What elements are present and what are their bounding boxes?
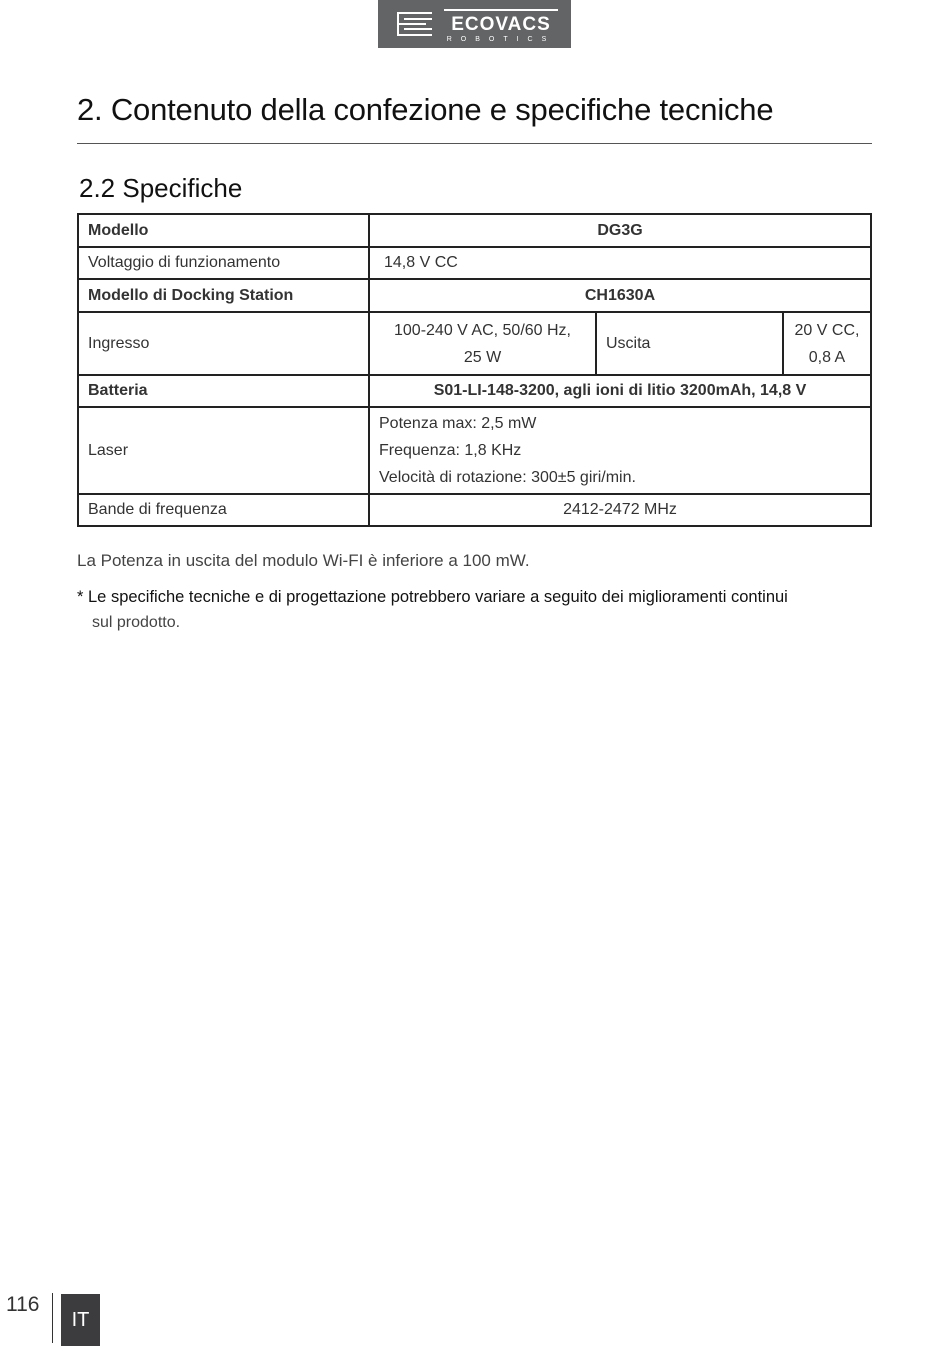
spec-value: 2412-2472 MHz (369, 494, 871, 526)
brand-subtitle: ROBOTICS (446, 36, 555, 43)
table-row: Batteria S01-LI-148-3200, agli ioni di l… (78, 375, 871, 407)
spec-sub-label: Uscita (596, 312, 783, 375)
spec-value-line: 100-240 V AC, 50/60 Hz, (379, 317, 586, 344)
page-number: 116 (6, 1293, 39, 1317)
spec-value-line: Velocità di rotazione: 300±5 giri/min. (379, 464, 861, 491)
specifications-table: Modello DG3G Voltaggio di funzionamento … (77, 213, 872, 527)
spec-value-line: Potenza max: 2,5 mW (379, 410, 861, 437)
spec-label: Modello (78, 214, 369, 247)
table-row: Laser Potenza max: 2,5 mW Frequenza: 1,8… (78, 407, 871, 494)
spec-value-line: 20 V CC, (793, 317, 861, 344)
spec-value: 100-240 V AC, 50/60 Hz, 25 W (369, 312, 596, 375)
spec-value-line: 25 W (379, 344, 586, 371)
disclaimer-note: * Le specifiche tecniche e di progettazi… (77, 588, 788, 607)
title-divider (77, 143, 872, 144)
spec-value: S01-LI-148-3200, agli ioni di litio 3200… (369, 375, 871, 407)
language-badge: IT (61, 1294, 100, 1346)
table-row: Modello di Docking Station CH1630A (78, 279, 871, 312)
spec-label: Modello di Docking Station (78, 279, 369, 312)
footer-divider (52, 1293, 53, 1343)
table-row: Voltaggio di funzionamento 14,8 V CC (78, 247, 871, 279)
spec-sub-value: 20 V CC, 0,8 A (783, 312, 871, 375)
table-row: Bande di frequenza 2412-2472 MHz (78, 494, 871, 526)
table-row: Ingresso 100-240 V AC, 50/60 Hz, 25 W Us… (78, 312, 871, 375)
brand-name: ECOVACS (451, 14, 551, 35)
spec-value-line: 0,8 A (793, 344, 861, 371)
wifi-note: La Potenza in uscita del modulo Wi-FI è … (77, 551, 530, 571)
spec-label: Batteria (78, 375, 369, 407)
section-title: 2.2 Specifiche (79, 173, 242, 204)
disclaimer-note-continued: sul prodotto. (92, 614, 180, 632)
ecovacs-logo: ECOVACS ROBOTICS (378, 0, 571, 48)
spec-label: Laser (78, 407, 369, 494)
spec-value-line: Frequenza: 1,8 KHz (379, 437, 861, 464)
chapter-title: 2. Contenuto della confezione e specific… (77, 92, 773, 128)
spec-value: Potenza max: 2,5 mW Frequenza: 1,8 KHz V… (369, 407, 871, 494)
spec-label: Voltaggio di funzionamento (78, 247, 369, 279)
table-row: Modello DG3G (78, 214, 871, 247)
ecovacs-e-icon: ECOVACS ROBOTICS (390, 5, 560, 43)
spec-value: DG3G (369, 214, 871, 247)
spec-value: CH1630A (369, 279, 871, 312)
spec-label: Ingresso (78, 312, 369, 375)
spec-label: Bande di frequenza (78, 494, 369, 526)
spec-value: 14,8 V CC (369, 247, 871, 279)
